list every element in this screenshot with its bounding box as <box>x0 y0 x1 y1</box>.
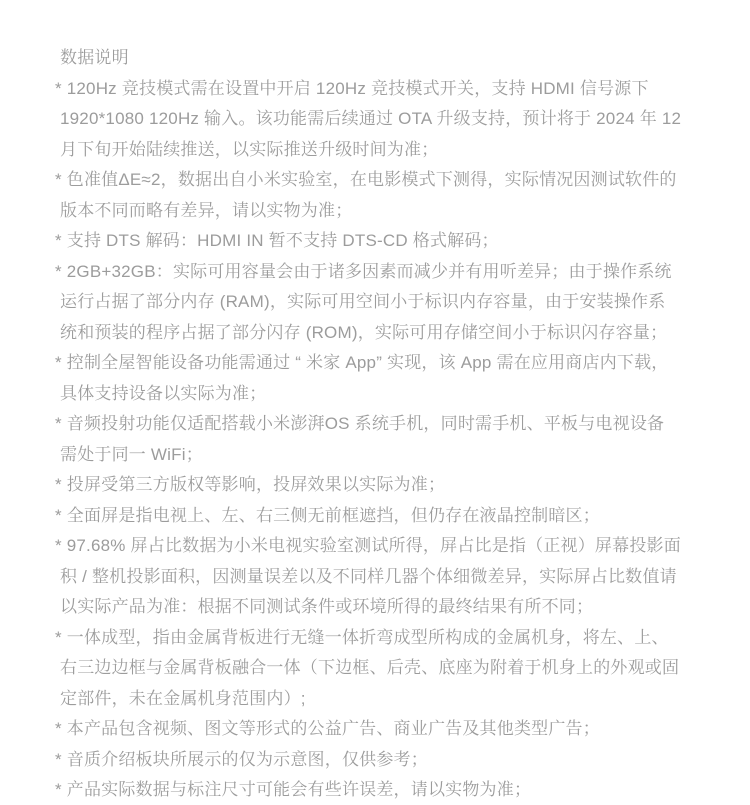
note-item-storage: * 2GB+32GB：实际可用容量会由于诸多因素而减少并有用听差异；由于操作系统… <box>60 257 702 349</box>
note-item-dts-decoding: * 支持 DTS 解码：HDMI IN 暂不支持 DTS-CD 格式解码； <box>60 226 702 257</box>
data-notes-page: 数据说明 * 120Hz 竞技模式需在设置中开启 120Hz 竞技模式开关，支持… <box>0 0 750 805</box>
note-item-unibody: * 一体成型，指由金属背板进行无缝一体折弯成型所构成的金属机身，将左、上、 右三… <box>60 623 702 715</box>
note-item-screen-ratio: * 97.68% 屏占比数据为小米电视实验室测试所得，屏占比是指（正视）屏幕投影… <box>60 531 702 623</box>
note-item-full-screen: * 全面屏是指电视上、左、右三侧无前框遮挡，但仍存在液晶控制暗区； <box>60 501 702 532</box>
note-item-ads: * 本产品包含视频、图文等形式的公益广告、商业广告及其他类型广告； <box>60 714 702 745</box>
note-item-dimensions: * 产品实际数据与标注尺寸可能会有些许误差，请以实物为准； <box>60 775 702 805</box>
note-item-audio-cast: * 音频投射功能仅适配搭载小米澎湃OS 系统手机，同时需手机、平板与电视设备 需… <box>60 409 702 470</box>
note-item-120hz-mode: * 120Hz 竞技模式需在设置中开启 120Hz 竞技模式开关，支持 HDMI… <box>60 74 702 166</box>
note-item-screen-cast: * 投屏受第三方版权等影响，投屏效果以实际为准； <box>60 470 702 501</box>
note-item-color-accuracy: * 色准值ΔE≈2，数据出自小米实验室，在电影模式下测得，实际情况因测试软件的 … <box>60 165 702 226</box>
section-title: 数据说明 <box>60 43 702 74</box>
note-item-mijia-app: * 控制全屋智能设备功能需通过 “ 米家 App” 实现，该 App 需在应用商… <box>60 348 702 409</box>
note-item-sound-intro: * 音质介绍板块所展示的仅为示意图，仅供参考； <box>60 745 702 776</box>
